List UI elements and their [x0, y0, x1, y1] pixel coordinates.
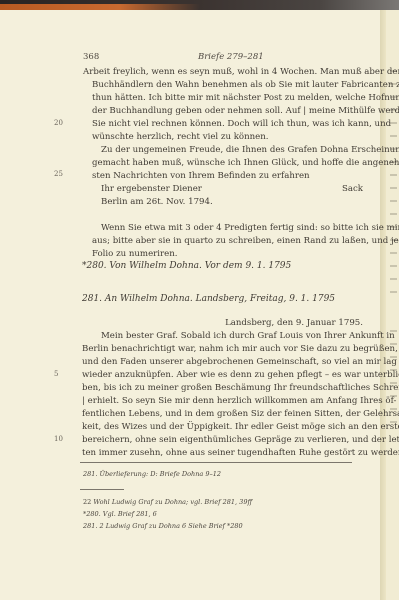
text-line: bereichern, ohne sein eigenthümliches Ge…: [82, 434, 363, 447]
text-line: Zu der ungemeinen Freude, die Ihnen des …: [101, 144, 363, 157]
postscript-line: Folio zu numeriren.: [92, 248, 363, 261]
line-number: 20: [54, 119, 63, 127]
postscript-line: aus; bitte aber sie in quarto zu schreib…: [92, 235, 363, 248]
apparatus-divider: [80, 462, 352, 463]
text-line: keit, des Wizes und der Üppigkeit. Ihr e…: [82, 421, 363, 434]
text-line: und den Faden unserer abgebrochenen Geme…: [82, 356, 363, 369]
text-line: Sie nicht viel rechnen können. Doch will…: [92, 118, 363, 131]
footnote: *280. Vgl. Brief 281, 6: [83, 510, 157, 518]
postscript-line: Wenn Sie etwa mit 3 oder 4 Predigten fer…: [101, 222, 363, 235]
running-title: Briefe 279–281: [198, 52, 264, 62]
place-date: Landsberg, den 9. Januar 1795.: [92, 317, 363, 330]
text-line: wieder anzuknüpfen. Aber wie es denn zu …: [82, 369, 363, 382]
signature: Sack: [300, 183, 363, 196]
text-line: wünschte herzlich, recht viel zu können.: [92, 131, 363, 144]
text-line: Berlin benachrichtigt war, nahm ich mir …: [82, 343, 363, 356]
line-number: 25: [54, 170, 63, 178]
letter-heading-280: *280. Von Wilhelm Dohna. Vor dem 9. 1. 1…: [82, 261, 291, 271]
text-line: | erhielt. So seyn Sie mir denn herzlich…: [82, 395, 363, 408]
text-line: ten immer zusehn, ohne aus seiner tugend…: [82, 447, 363, 460]
text-line: ben, bis ich zu meiner großen Beschämung…: [82, 382, 363, 395]
text-line: Arbeit freylich, wenn es seyn muß, wohl …: [83, 66, 363, 79]
text-line: gemacht haben muß, wünsche ich Ihnen Glü…: [92, 157, 363, 170]
text-line: sten Nachrichten von Ihrem Befinden zu e…: [92, 170, 363, 183]
transmission-note: 281. Überlieferung: D: Briefe Dohna 9–12: [83, 470, 221, 478]
text-line: der Buchhandlung geben oder nehmen soll.…: [92, 105, 363, 118]
text-line: Buchhändlern den Wahn benehmen als ob Si…: [92, 79, 363, 92]
line-number: 10: [54, 435, 63, 443]
page-number: 368: [83, 52, 99, 62]
text-line: Mein bester Graf. Sobald ich durch Graf …: [101, 330, 363, 343]
line-number: 5: [54, 370, 58, 378]
date-line: Berlin am 26t. Nov. 1794.: [101, 196, 301, 209]
letter-heading-281: 281. An Wilhelm Dohna. Landsberg, Freita…: [82, 294, 335, 304]
notes-divider: [80, 489, 124, 490]
footnote: 281. 2 Ludwig Graf zu Dohna 6 Siehe Brie…: [83, 522, 243, 530]
footnote: 22 Wohl Ludwig Graf zu Dohna; vgl. Brief…: [83, 498, 252, 506]
text-line: thun hätten. Ich bitte mir mit nächster …: [92, 92, 363, 105]
closing: Ihr ergebenster Diener: [101, 183, 301, 196]
text-line: fentlichen Lebens, und in dem großen Siz…: [82, 408, 363, 421]
